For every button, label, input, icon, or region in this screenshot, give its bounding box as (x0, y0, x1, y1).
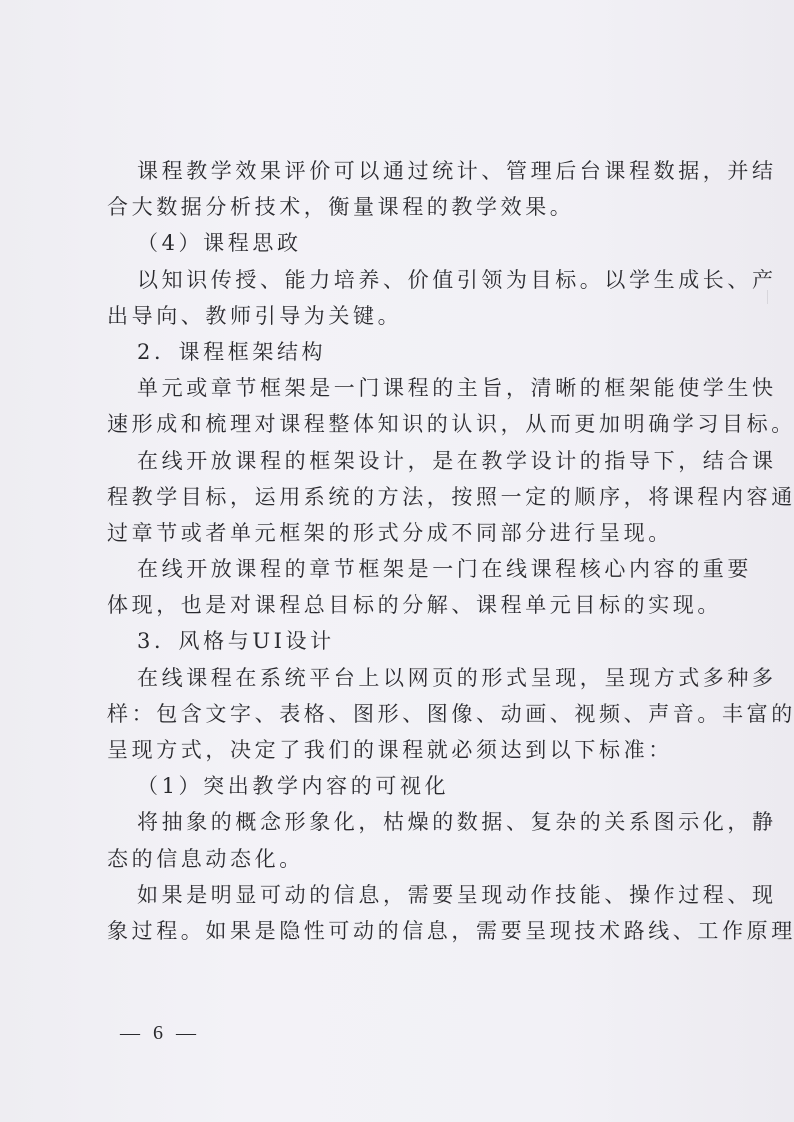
document-body: 课程教学效果评价可以通过统计、管理后台课程数据，并结合大数据分析技术，衡量课程的… (107, 153, 687, 949)
text-line: 态的信息动态化。 (107, 841, 687, 877)
text-line: 如果是明显可动的信息，需要呈现动作技能、操作过程、现 (107, 877, 687, 913)
text-line: 呈现方式，决定了我们的课程就必须达到以下标准： (107, 732, 687, 768)
text-line: 3．风格与UI设计 (107, 623, 687, 659)
text-line: 单元或章节框架是一门课程的主旨，清晰的框架能使学生快 (107, 370, 687, 406)
text-line: 以知识传授、能力培养、价值引领为目标。以学生成长、产 (107, 262, 687, 298)
text-line: 速形成和梳理对课程整体知识的认识，从而更加明确学习目标。 (107, 406, 687, 442)
document-page: 课程教学效果评价可以通过统计、管理后台课程数据，并结合大数据分析技术，衡量课程的… (0, 0, 794, 1122)
text-line: （4）课程思政 (107, 225, 687, 261)
text-line: （1）突出教学内容的可视化 (107, 768, 687, 804)
text-line: 程教学目标，运用系统的方法，按照一定的顺序，将课程内容通 (107, 479, 687, 515)
text-line: 过章节或者单元框架的形式分成不同部分进行呈现。 (107, 515, 687, 551)
page-number: — 6 — (120, 1022, 200, 1045)
text-line: 将抽象的概念形象化，枯燥的数据、复杂的关系图示化，静 (107, 804, 687, 840)
text-line: 合大数据分析技术，衡量课程的教学效果。 (107, 189, 687, 225)
text-line: 象过程。如果是隐性可动的信息，需要呈现技术路线、工作原理、 (107, 913, 687, 949)
text-line: 2．课程框架结构 (107, 334, 687, 370)
text-line: 出导向、教师引导为关键。 (107, 298, 687, 334)
text-line: 课程教学效果评价可以通过统计、管理后台课程数据，并结 (107, 153, 687, 189)
text-line: 体现，也是对课程总目标的分解、课程单元目标的实现。 (107, 587, 687, 623)
text-line: 在线开放课程的框架设计，是在教学设计的指导下，结合课 (107, 443, 687, 479)
text-line: 在线开放课程的章节框架是一门在线课程核心内容的重要 (107, 551, 687, 587)
text-line: 在线课程在系统平台上以网页的形式呈现，呈现方式多种多 (107, 660, 687, 696)
text-line: 样：包含文字、表格、图形、图像、动画、视频、声音。丰富的 (107, 696, 687, 732)
scan-edge-mark (767, 290, 768, 304)
